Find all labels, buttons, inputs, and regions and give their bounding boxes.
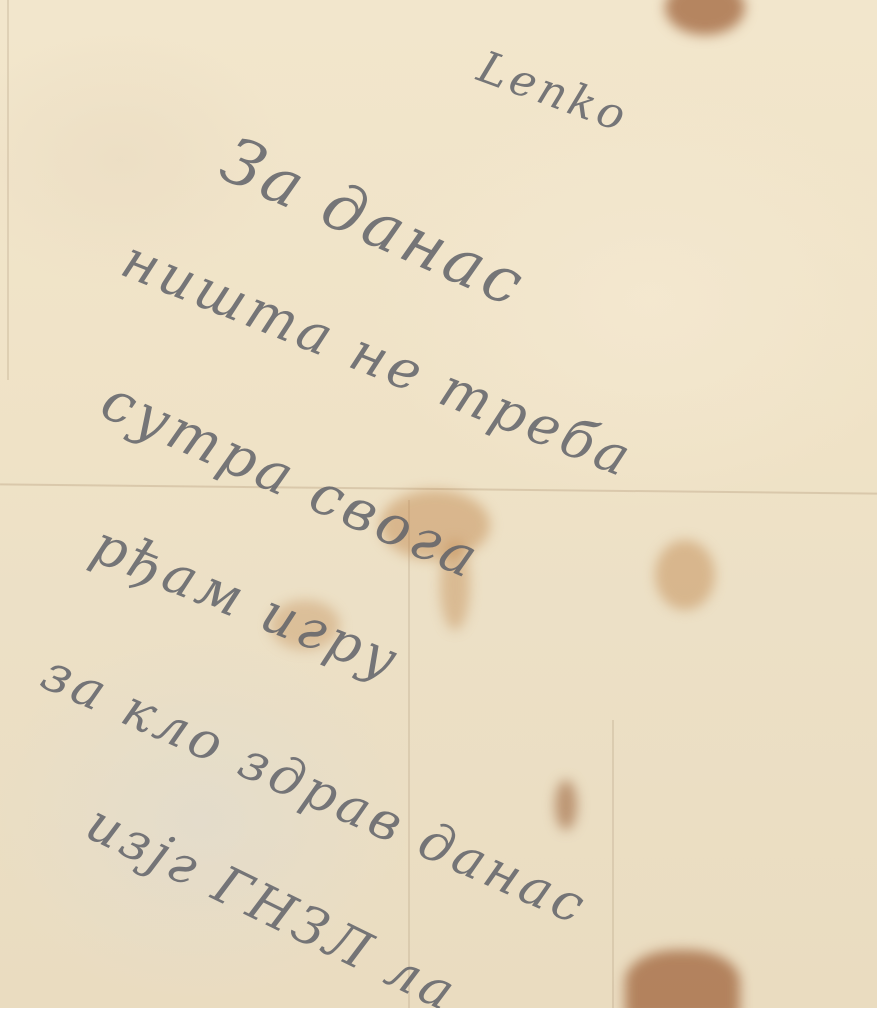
paper-sheet: Lenko За данас ништа не треба сутра свог… <box>0 0 877 1008</box>
scan-bottom-margin <box>0 1008 877 1024</box>
vertical-crease-right <box>612 720 614 1008</box>
stain-small <box>555 780 577 830</box>
vertical-crease-center <box>408 500 410 1008</box>
left-edge-crease <box>7 0 9 380</box>
stain-top <box>665 0 745 35</box>
stain-right <box>655 540 715 610</box>
handwritten-line-1: Lenko <box>471 42 636 144</box>
handwritten-line-6: за кло здрав данас <box>33 643 597 938</box>
